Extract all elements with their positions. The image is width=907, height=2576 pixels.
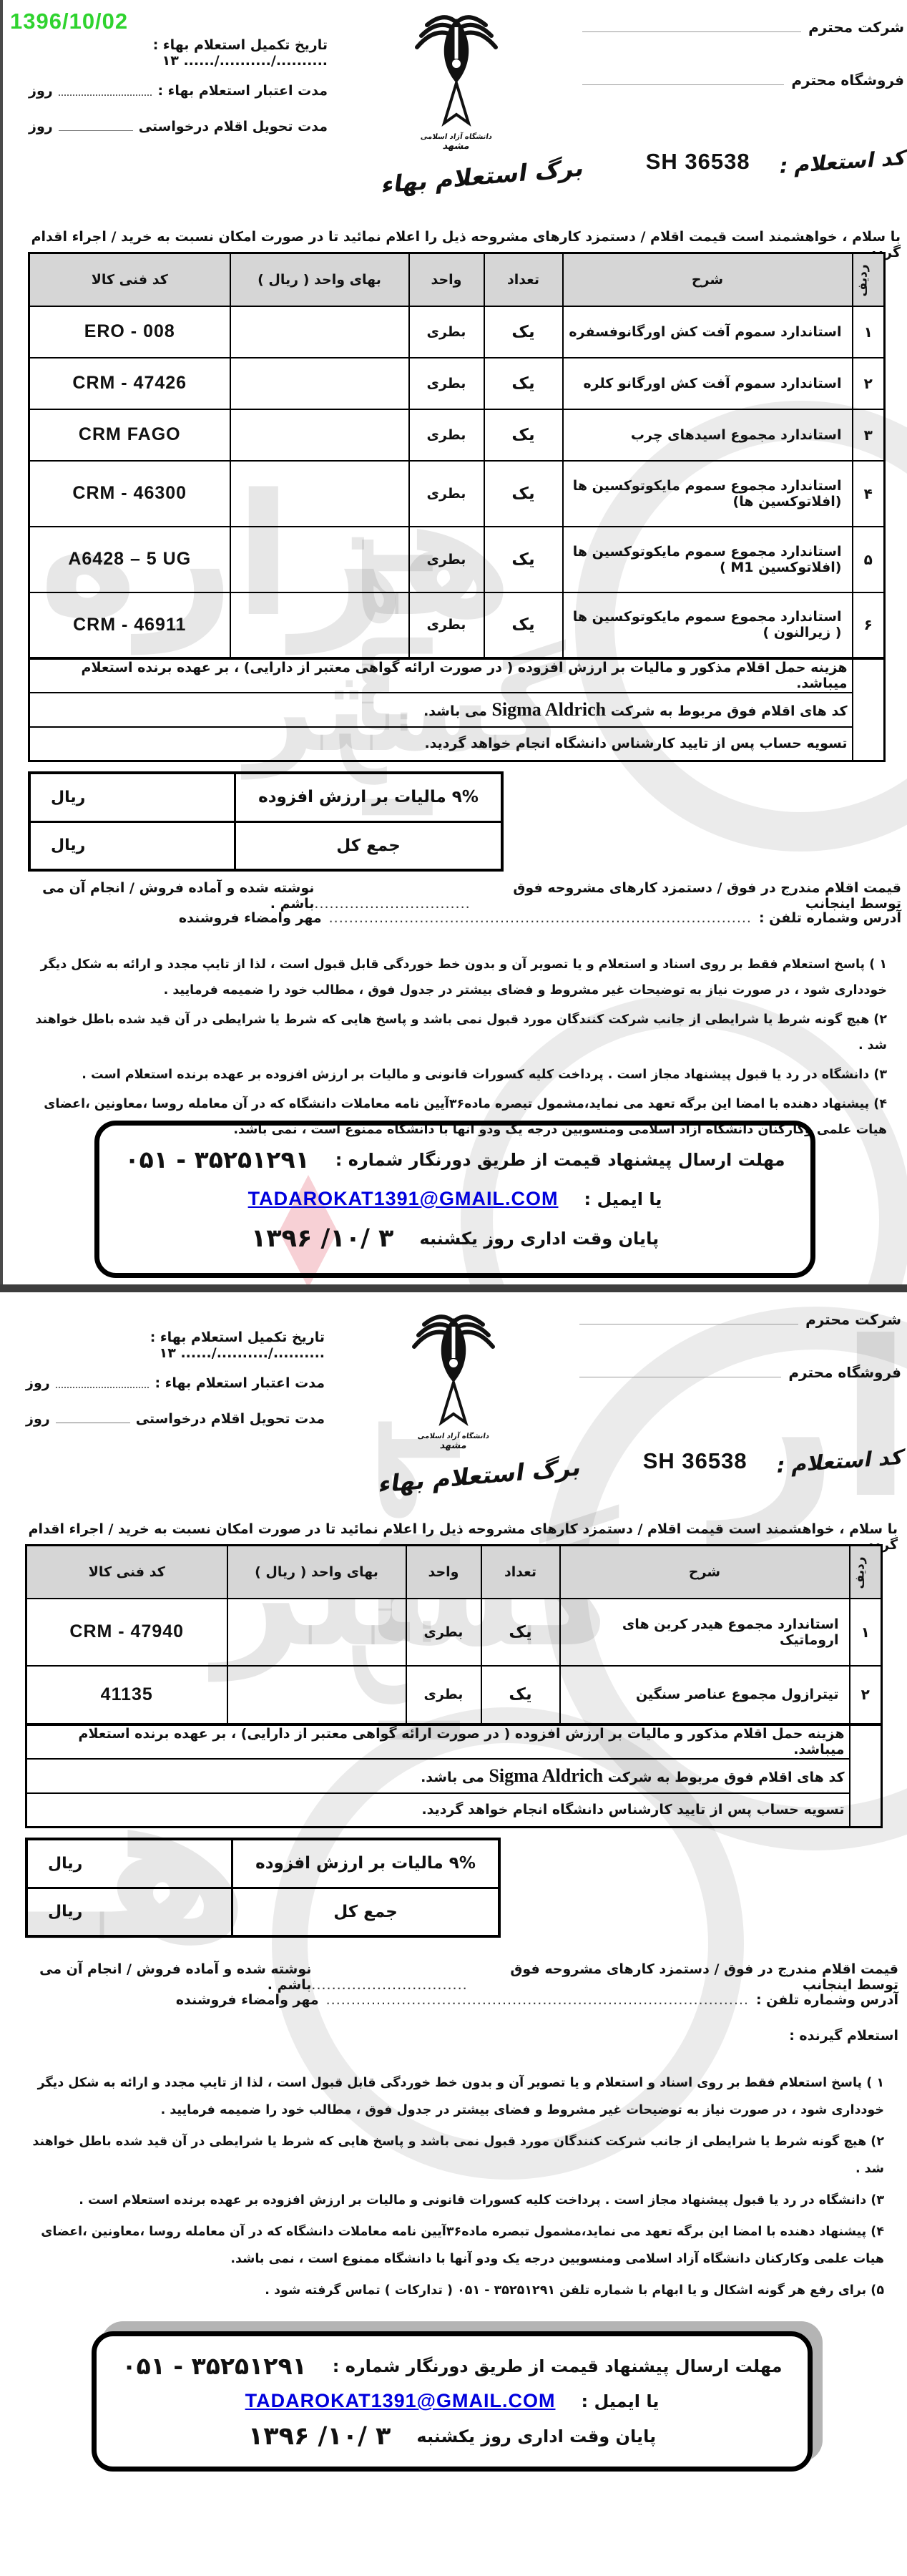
completion-date-label: تاریخ تکمیل استعلام بهاء : ........../..… <box>26 1330 325 1361</box>
delivery-unit: روز <box>26 1411 50 1427</box>
seller-statement-line1: قیمت اقلام مندرج در فوق / دستمزد کارهای … <box>31 880 901 912</box>
vat-label: ۹% مالیات بر ارزش افزوده <box>235 773 503 821</box>
item-unit-price <box>230 409 409 461</box>
validity-field: مدت اعتبار استعلام بهاء : روز <box>29 83 328 99</box>
item-quantity: یک <box>481 1666 560 1724</box>
contact-box: مهلت ارسال پیشنهاد قیمت از طریق دورنگار … <box>94 1121 815 1278</box>
notes-row: کد های اقلام فوق مربوط به شرکت Sigma Ald… <box>29 693 885 727</box>
validity-blank-line <box>59 84 152 96</box>
items-header-row: ردیف شرح تعداد واحد بهای واحد ( ریال ) ک… <box>26 1546 882 1599</box>
item-quantity: یک <box>484 306 563 358</box>
item-unit: بطری <box>409 461 484 527</box>
item-unit: بطری <box>409 358 484 409</box>
total-row: جمع کل ریال <box>26 1888 499 1936</box>
store-blank-line <box>579 1368 781 1377</box>
fax-label: مهلت ارسال پیشنهاد قیمت از طریق دورنگار … <box>335 1150 785 1170</box>
azad-university-emblem-icon <box>403 3 510 130</box>
item-unit: بطری <box>409 409 484 461</box>
total-currency: ریال <box>29 821 235 870</box>
item-unit: بطری <box>409 527 484 592</box>
col-header-unit-price: بهای واحد ( ریال ) <box>230 253 409 306</box>
deadline-date: ۳ /۱۰/ ۱۳۹۶ <box>248 2422 391 2451</box>
store-blank-line <box>582 76 784 85</box>
inquiry-receiver-label: استعلام گیرنده : <box>29 2028 898 2044</box>
validity-field: مدت اعتبار استعلام بهاء : روز <box>26 1375 325 1391</box>
col-header-row-number: ردیف <box>850 1546 882 1599</box>
seller-stamp-signature-label: مهر وامضاء فروشنده <box>176 1992 319 2008</box>
item-code: A6428 – 5 UG <box>29 527 230 592</box>
note-shipping-vat: هزینه حمل اقلام مذکور و مالیات بر ارزش ا… <box>29 658 853 693</box>
item-unit-price <box>230 306 409 358</box>
item-description: استاندارد مجموع اسیدهای چرب <box>563 409 853 461</box>
vat-currency: ریال <box>26 1839 232 1888</box>
item-unit-price <box>230 592 409 658</box>
statement-left: نوشته شده و آماده فروش / انجام آن می باش… <box>31 880 314 912</box>
notes-row: تسویه حساب پس از تایید کارشناس دانشگاه ا… <box>29 727 885 761</box>
vat-label: ۹% مالیات بر ارزش افزوده <box>232 1839 500 1888</box>
col-header-description: شرح <box>560 1546 850 1599</box>
col-header-unit: واحد <box>409 253 484 306</box>
vat-total-table: ۹% مالیات بر ارزش افزوده ریال جمع کل ریا… <box>28 771 504 872</box>
condition-1: ۱ ) پاسخ استعلام فقط بر روی اسناد و استع… <box>21 2069 884 2124</box>
condition-3: ۳) دانشگاه در رد یا قبول پیشنهاد مجاز اس… <box>24 1062 887 1088</box>
company-blank-line <box>582 23 801 32</box>
item-description: استاندارد سموم آفت کش اورگانوفسفره <box>563 306 853 358</box>
condition-2: ۲) هیچ گونه شرط یا شرایطی از جانب شرکت ک… <box>24 1007 887 1058</box>
notes-row: تسویه حساب پس از تایید کارشناس دانشگاه ا… <box>26 1793 882 1828</box>
items-table: ردیف شرح تعداد واحد بهای واحد ( ریال ) ک… <box>28 252 886 762</box>
notes-row: کد های اقلام فوق مربوط به شرکت Sigma Ald… <box>26 1759 882 1793</box>
total-label: جمع کل <box>232 1888 500 1936</box>
item-unit: بطری <box>409 592 484 658</box>
row-number: ۶ <box>853 592 885 658</box>
item-code: CRM - 46300 <box>29 461 230 527</box>
university-name: دانشگاه آزاد اسلامی <box>400 133 513 141</box>
azad-university-emblem-icon <box>400 1302 507 1430</box>
item-code: CRM - 47940 <box>26 1599 227 1666</box>
scan-date-stamp: 1396/10/02 <box>10 9 128 34</box>
row-number: ۳ <box>853 409 885 461</box>
conditions-list: ۱ ) پاسخ استعلام فقط بر روی اسناد و استع… <box>21 2069 884 2308</box>
inquiry-code-label: کد استعلام : <box>777 145 907 178</box>
inquiry-code-row: کد استعلام : SH 36538 <box>627 1448 903 1474</box>
watermark-text: ار <box>715 1314 907 1528</box>
conditions-list: ۱ ) پاسخ استعلام فقط بر روی اسناد و استع… <box>24 952 887 1146</box>
col-header-description: شرح <box>563 253 853 306</box>
company-label: شرکت محترم <box>808 19 904 36</box>
item-description: استاندارد مجموع سموم مایکوتوکسین ها(افلا… <box>563 461 853 527</box>
table-row: ۵ استاندارد مجموع سموم مایکوتوکسین ها(اف… <box>29 527 885 592</box>
item-description: استاندارد مجموع سموم مایکوتوکسین ها(افلا… <box>563 527 853 592</box>
total-row: جمع کل ریال <box>29 821 502 870</box>
email-line: یا ایمیل : TADAROKAT1391@GMAIL.COM <box>118 2390 786 2412</box>
condition-2: ۲) هیچ گونه شرط یا شرایطی از جانب شرکت ک… <box>21 2128 884 2182</box>
item-unit: بطری <box>406 1666 481 1724</box>
delivery-unit: روز <box>29 119 53 135</box>
inquiry-form-page-1: هزاره گستر ارتباط 1396/10/02 تاریخ تکمیل… <box>0 0 907 1284</box>
form-title: برگ استعلام بهاء <box>380 155 563 198</box>
deadline-line: پایان وقت اداری روز یکشنبه ۳ /۱۰/ ۱۳۹۶ <box>121 1224 789 1253</box>
condition-5: ۵) برای رفع هر گونه اشکال و یا ابهام با … <box>21 2277 884 2304</box>
address-phone-blank: ........................................… <box>329 910 752 926</box>
fax-line: مهلت ارسال پیشنهاد قیمت از طریق دورنگار … <box>118 2352 786 2380</box>
seller-stamp-signature-label: مهر وامضاء فروشنده <box>179 910 322 926</box>
statement-blank: ............................... <box>311 1977 467 1993</box>
deadline-date: ۳ /۱۰/ ۱۳۹۶ <box>251 1224 394 1253</box>
note-sigma-aldrich: کد های اقلام فوق مربوط به شرکت Sigma Ald… <box>26 1759 850 1793</box>
condition-3: ۳) دانشگاه در رد یا قبول پیشنهاد مجاز اس… <box>21 2187 884 2214</box>
col-header-unit-price: بهای واحد ( ریال ) <box>227 1546 406 1599</box>
condition-4: ۴) پیشنهاد دهنده با امضا این برگه تعهد م… <box>21 2218 884 2273</box>
item-description: استاندارد مجموع هیدر کربن های اروماتیک <box>560 1599 850 1666</box>
notes-row: ملاحظات هزینه حمل اقلام مذکور و مالیات ب… <box>26 1724 882 1759</box>
item-quantity: یک <box>484 592 563 658</box>
deadline-line: پایان وقت اداری روز یکشنبه ۳ /۱۰/ ۱۳۹۶ <box>118 2422 786 2451</box>
item-quantity: یک <box>484 409 563 461</box>
seller-statement-line2: آدرس وشماره تلفن : .....................… <box>31 910 901 926</box>
table-row: ۱ استاندارد سموم آفت کش اورگانوفسفره یک … <box>29 306 885 358</box>
delivery-field: مدت تحویل اقلام درخواستی روز <box>29 119 328 135</box>
vat-row: ۹% مالیات بر ارزش افزوده ریال <box>29 773 502 821</box>
condition-1: ۱ ) پاسخ استعلام فقط بر روی اسناد و استع… <box>24 952 887 1003</box>
col-header-item-code: کد فنی کالا <box>26 1546 227 1599</box>
address-phone-label: آدرس وشماره تلفن : <box>756 1992 898 2008</box>
company-blank-line <box>579 1315 798 1324</box>
items-table: ردیف شرح تعداد واحد بهای واحد ( ریال ) ک… <box>25 1544 883 1828</box>
store-field: فروشگاه محترم <box>575 72 904 89</box>
item-code: CRM FAGO <box>29 409 230 461</box>
university-logo: دانشگاه آزاد اسلامی مشهد <box>401 3 512 152</box>
university-city: مشهد <box>399 141 514 152</box>
row-number: ۱ <box>853 306 885 358</box>
note-settlement: تسویه حساب پس از تایید کارشناس دانشگاه ا… <box>26 1793 850 1828</box>
row-number: ۵ <box>853 527 885 592</box>
fax-label: مهلت ارسال پیشنهاد قیمت از طریق دورنگار … <box>333 2356 783 2376</box>
item-description: استاندارد سموم آفت کش اورگانو کلره <box>563 358 853 409</box>
form-title: برگ استعلام بهاء <box>377 1455 560 1498</box>
validity-blank-line <box>56 1377 149 1388</box>
validity-unit: روز <box>29 83 53 99</box>
item-description: تیترازول مجموع عناصر سنگین <box>560 1666 850 1724</box>
validity-label: مدت اعتبار استعلام بهاء : <box>155 1375 325 1391</box>
store-label: فروشگاه محترم <box>791 72 904 89</box>
total-currency: ریال <box>26 1888 232 1936</box>
page-separator <box>0 1284 907 1292</box>
table-row: ۱ استاندارد مجموع هیدر کربن های اروماتیک… <box>26 1599 882 1666</box>
note-shipping-vat: هزینه حمل اقلام مذکور و مالیات بر ارزش ا… <box>26 1724 850 1759</box>
validity-unit: روز <box>26 1375 50 1391</box>
deadline-label: پایان وقت اداری روز یکشنبه <box>419 1229 659 1249</box>
item-unit-price <box>230 358 409 409</box>
email-link[interactable]: TADAROKAT1391@GMAIL.COM <box>245 2390 556 2412</box>
completion-date-field: تاریخ تکمیل استعلام بهاء : ........../..… <box>29 37 328 69</box>
vat-total-table: ۹% مالیات بر ارزش افزوده ریال جمع کل ریا… <box>25 1838 501 1938</box>
notes-side-label: ملاحظات <box>853 658 885 761</box>
item-unit: بطری <box>406 1599 481 1666</box>
item-quantity: یک <box>481 1599 560 1666</box>
inquiry-code-value: SH 36538 <box>643 1448 747 1474</box>
table-row: ۲ تیترازول مجموع عناصر سنگین یک بطری 411… <box>26 1666 882 1724</box>
contact-box: مهلت ارسال پیشنهاد قیمت از طریق دورنگار … <box>92 2331 813 2472</box>
col-header-quantity: تعداد <box>481 1546 560 1599</box>
company-field: شرکت محترم <box>572 1311 901 1328</box>
email-label: یا ایمیل : <box>581 2391 659 2411</box>
row-number: ۲ <box>853 358 885 409</box>
vat-currency: ریال <box>29 773 235 821</box>
email-label: یا ایمیل : <box>584 1189 662 1209</box>
company-field: شرکت محترم <box>575 19 904 36</box>
completion-date-label: تاریخ تکمیل استعلام بهاء : ........../..… <box>29 37 328 69</box>
item-code: ERO - 008 <box>29 306 230 358</box>
deadline-label: پایان وقت اداری روز یکشنبه <box>416 2426 656 2446</box>
inquiry-form-page-2: ار گستر ارتباط هـ تاریخ تکمیل استعلام به… <box>0 1292 907 2576</box>
university-logo: دانشگاه آزاد اسلامی مشهد <box>398 1302 509 1451</box>
item-unit-price <box>227 1599 406 1666</box>
note-settlement: تسویه حساب پس از تایید کارشناس دانشگاه ا… <box>29 727 853 761</box>
address-phone-blank: ........................................… <box>326 1992 749 2008</box>
table-row: ۲ استاندارد سموم آفت کش اورگانو کلره یک … <box>29 358 885 409</box>
fax-number: ۳۵۲۵۱۲۹۱ - ۰۵۱ <box>124 1146 309 1174</box>
item-code: CRM - 46911 <box>29 592 230 658</box>
fax-line: مهلت ارسال پیشنهاد قیمت از طریق دورنگار … <box>121 1146 789 1174</box>
table-row: ۳ استاندارد مجموع اسیدهای چرب یک بطری CR… <box>29 409 885 461</box>
col-header-item-code: کد فنی کالا <box>29 253 230 306</box>
row-number: ۱ <box>850 1599 882 1666</box>
col-header-row-number: ردیف <box>853 253 885 306</box>
validity-label: مدت اعتبار استعلام بهاء : <box>157 83 328 99</box>
completion-date-field: تاریخ تکمیل استعلام بهاء : ........../..… <box>26 1330 325 1361</box>
sigma-aldrich-brand: Sigma Aldrich <box>491 699 606 720</box>
email-line: یا ایمیل : TADAROKAT1391@GMAIL.COM <box>121 1188 789 1210</box>
store-field: فروشگاه محترم <box>572 1364 901 1381</box>
table-row: ۶ استاندارد مجموع سموم مایکوتوکسین ها( ز… <box>29 592 885 658</box>
statement-left: نوشته شده و آماده فروش / انجام آن می باش… <box>29 1961 311 1993</box>
company-label: شرکت محترم <box>805 1311 901 1328</box>
notes-side-label: ملاحظات <box>850 1724 882 1828</box>
item-quantity: یک <box>484 358 563 409</box>
statement-blank: ............................... <box>314 896 470 912</box>
notes-row: ملاحظات هزینه حمل اقلام مذکور و مالیات ب… <box>29 658 885 693</box>
fax-number: ۳۵۲۵۱۲۹۱ - ۰۵۱ <box>122 2352 306 2380</box>
row-number: ۲ <box>850 1666 882 1724</box>
seller-statement-line1: قیمت اقلام مندرج در فوق / دستمزد کارهای … <box>29 1961 898 1993</box>
item-unit-price <box>230 527 409 592</box>
sigma-aldrich-brand: Sigma Aldrich <box>489 1765 603 1786</box>
delivery-field: مدت تحویل اقلام درخواستی روز <box>26 1411 325 1427</box>
table-row: ۴ استاندارد مجموع سموم مایکوتوکسین ها(اف… <box>29 461 885 527</box>
delivery-label: مدت تحویل اقلام درخواستی <box>139 119 328 135</box>
item-code: CRM - 47426 <box>29 358 230 409</box>
university-name: دانشگاه آزاد اسلامی <box>397 1433 510 1440</box>
statement-right: قیمت اقلام مندرج در فوق / دستمزد کارهای … <box>468 1961 898 1993</box>
total-label: جمع کل <box>235 821 503 870</box>
delivery-label: مدت تحویل اقلام درخواستی <box>136 1411 325 1427</box>
seller-statement-line2: آدرس وشماره تلفن : .....................… <box>29 1992 898 2008</box>
items-header-row: ردیف شرح تعداد واحد بهای واحد ( ریال ) ک… <box>29 253 885 306</box>
row-number: ۴ <box>853 461 885 527</box>
col-header-unit: واحد <box>406 1546 481 1599</box>
item-unit-price <box>230 461 409 527</box>
item-quantity: یک <box>484 527 563 592</box>
item-description: استاندارد مجموع سموم مایکوتوکسین ها( زیر… <box>563 592 853 658</box>
delivery-blank-line <box>59 122 133 131</box>
statement-right: قیمت اقلام مندرج در فوق / دستمزد کارهای … <box>471 880 901 912</box>
vat-row: ۹% مالیات بر ارزش افزوده ریال <box>26 1839 499 1888</box>
university-city: مشهد <box>396 1440 511 1451</box>
store-label: فروشگاه محترم <box>788 1364 901 1381</box>
item-unit-price <box>227 1666 406 1724</box>
col-header-quantity: تعداد <box>484 253 563 306</box>
item-unit: بطری <box>409 306 484 358</box>
item-code: 41135 <box>26 1666 227 1724</box>
inquiry-code-value: SH 36538 <box>646 149 750 175</box>
note-sigma-aldrich: کد های اقلام فوق مربوط به شرکت Sigma Ald… <box>29 693 853 727</box>
address-phone-label: آدرس وشماره تلفن : <box>759 910 901 926</box>
delivery-blank-line <box>56 1414 130 1423</box>
item-quantity: یک <box>484 461 563 527</box>
inquiry-code-label: کد استعلام : <box>774 1445 906 1478</box>
email-link[interactable]: TADAROKAT1391@GMAIL.COM <box>248 1188 559 1210</box>
inquiry-code-row: کد استعلام : SH 36538 <box>629 149 906 175</box>
